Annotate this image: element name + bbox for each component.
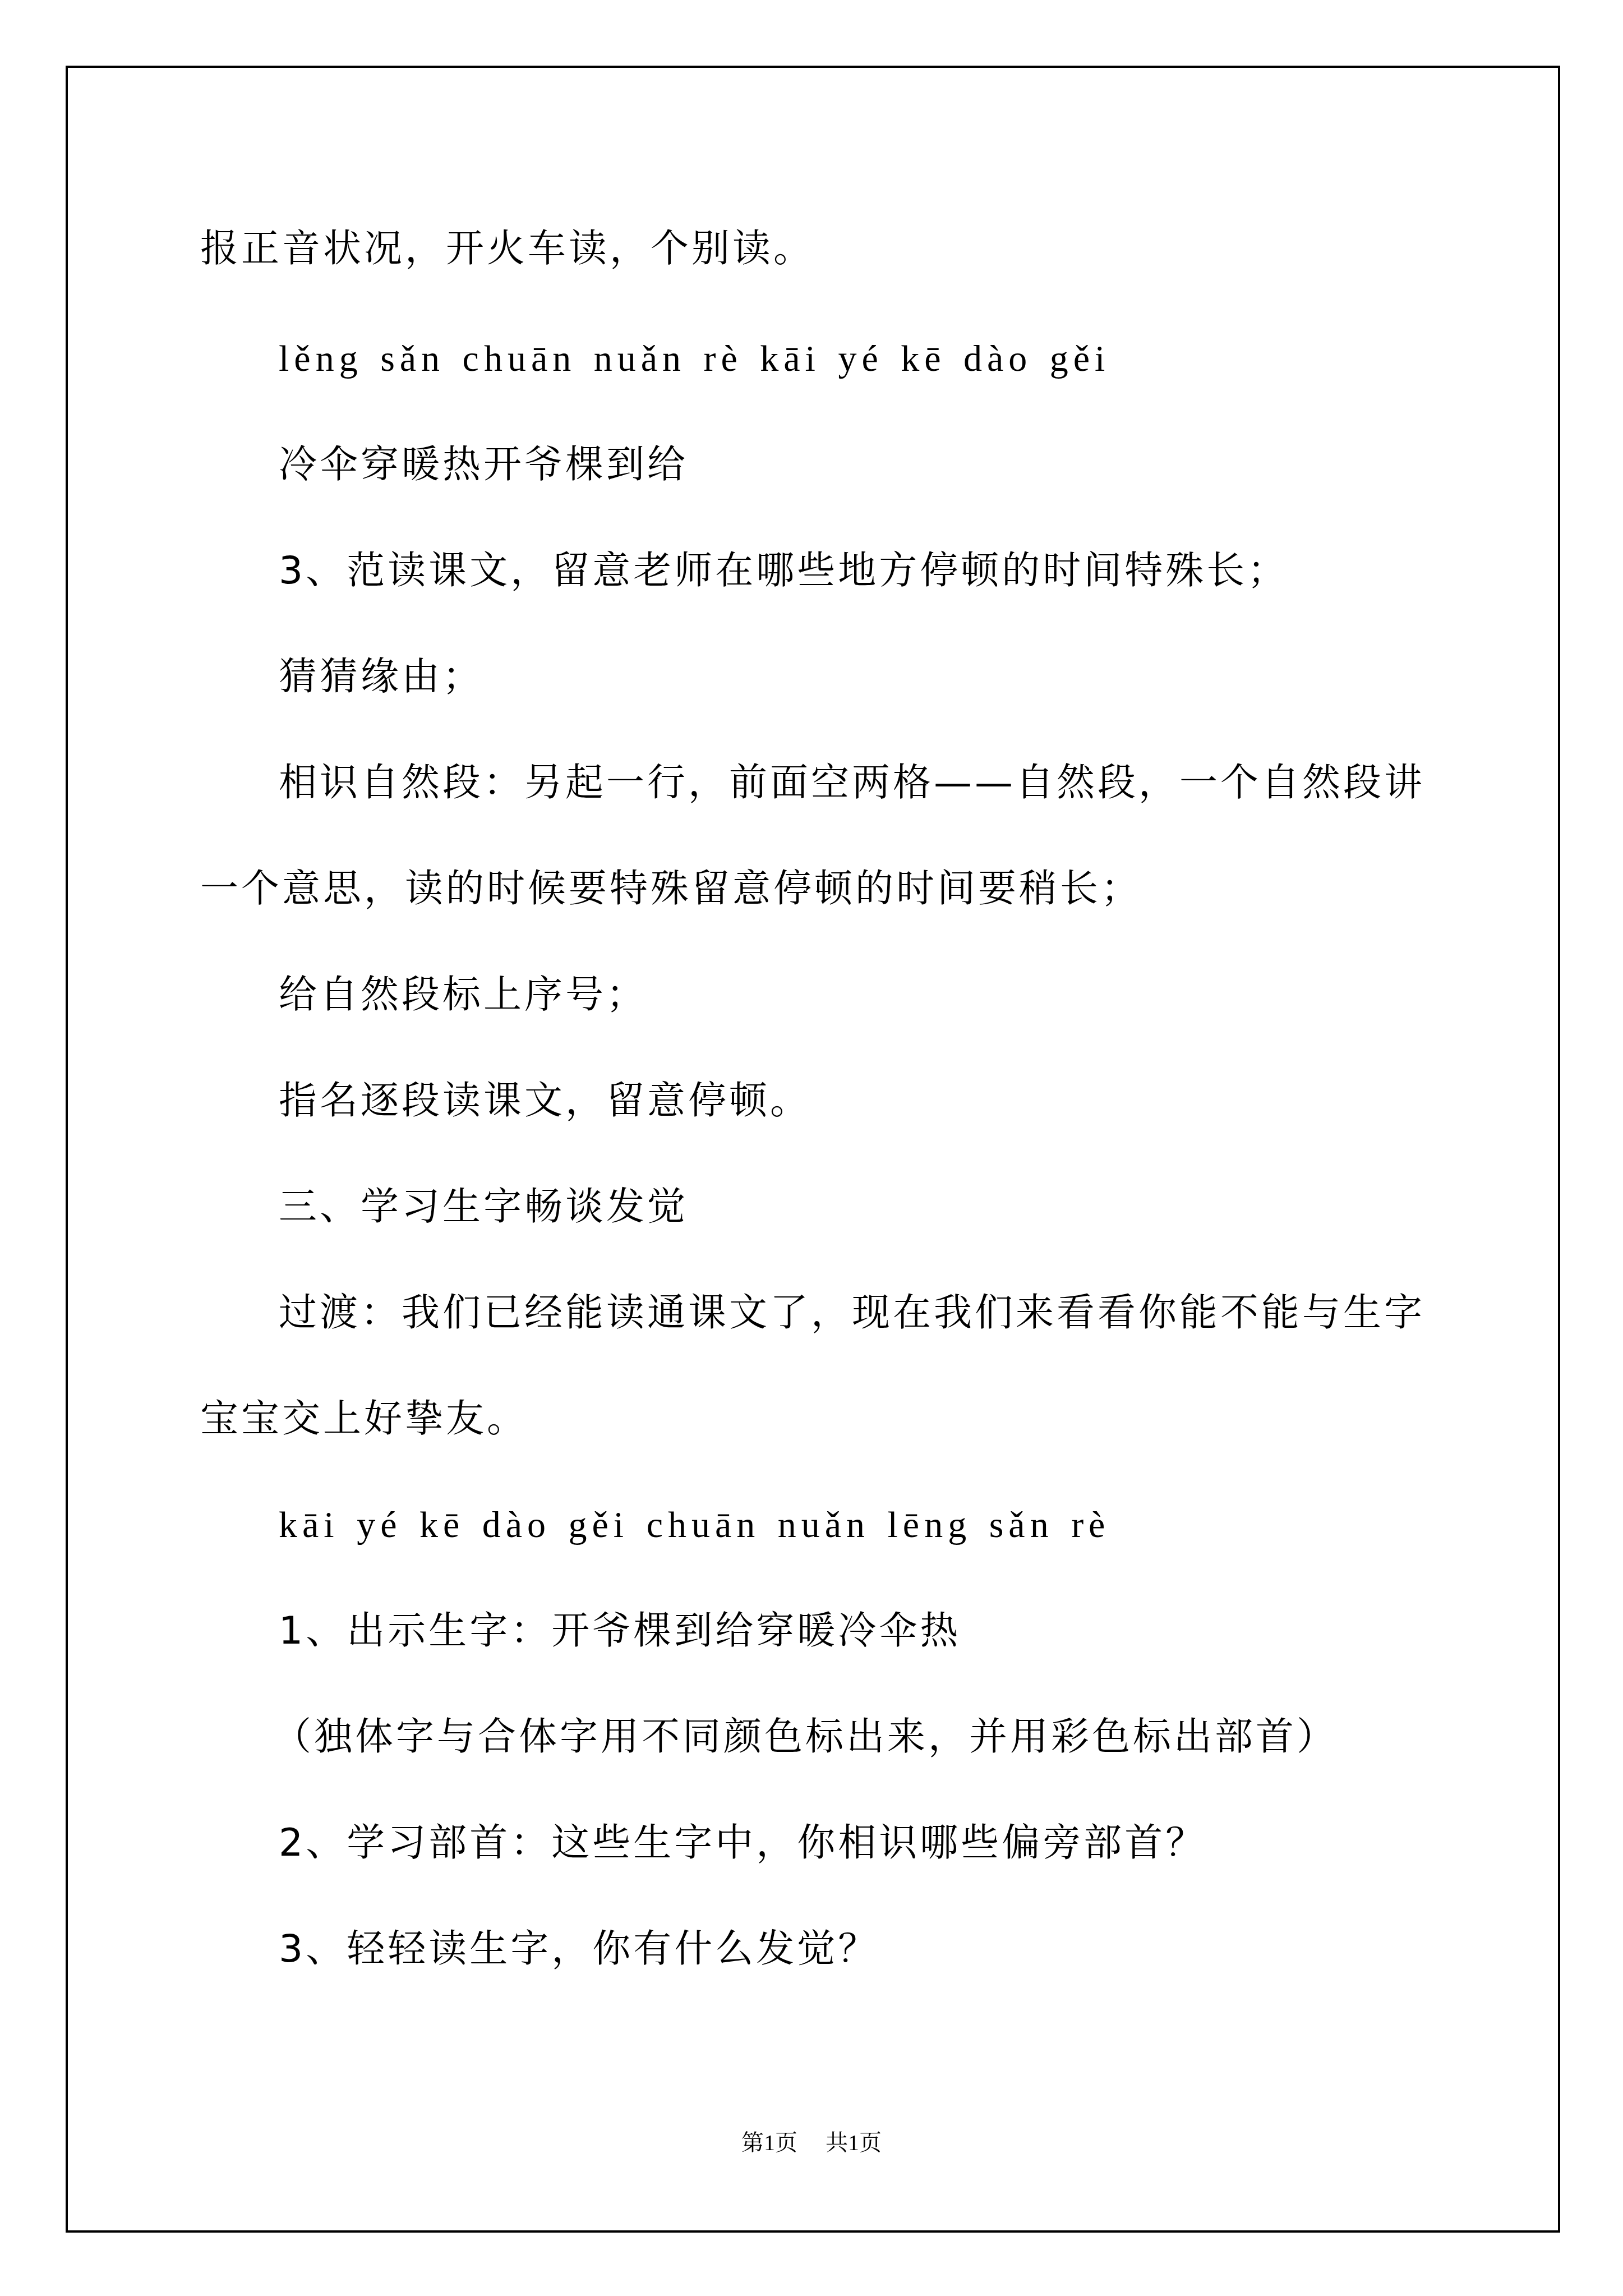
paragraph-line: 2、学习部首：这些生字中，你相识哪些偏旁部首？ <box>279 1821 1206 1866</box>
paragraph-line: 报正音状况，开火车读，个别读。 <box>200 227 814 272</box>
current-page-label: 第1页 <box>741 2129 797 2157</box>
paragraph-line: 宝宝交上好挚友。 <box>200 1397 528 1442</box>
paragraph-line: 一个意思，读的时候要特殊留意停顿的时间要稍长； <box>200 867 1142 912</box>
paragraph-line: 给自然段标上序号； <box>279 973 647 1018</box>
paragraph-line: 1、出示生字：开爷棵到给穿暖冷伞热 <box>279 1609 961 1654</box>
total-pages-label: 共1页 <box>826 2129 882 2157</box>
page-border <box>66 66 1560 2233</box>
paragraph-line: 相识自然段：另起一行，前面空两格——自然段，一个自然段讲 <box>279 761 1425 806</box>
paragraph-line: 3、轻轻读生字，你有什么发觉？ <box>279 1927 879 1972</box>
section-heading: 三、学习生字畅谈发觉 <box>279 1185 688 1230</box>
paragraph-line: （独体字与合体字用不同颜色标出来，并用彩色标出部首） <box>273 1715 1338 1760</box>
paragraph-line: 猜猜缘由； <box>279 655 483 700</box>
paragraph-line: 指名逐段读课文，留意停顿。 <box>279 1079 811 1124</box>
pinyin-line: kāi yé kē dào gěi chuān nuǎn lēng sǎn rè <box>279 1503 1110 1548</box>
pinyin-line: lěng sǎn chuān nuǎn rè kāi yé kē dào gěi <box>279 337 1110 381</box>
paragraph-line: 冷伞穿暖热开爷棵到给 <box>279 443 688 487</box>
paragraph-line: 过渡：我们已经能读通课文了，现在我们来看看你能不能与生字 <box>279 1291 1425 1336</box>
paragraph-line: 3、范读课文，留意老师在哪些地方停顿的时间特殊长； <box>279 549 1288 593</box>
page-footer: 第1页共1页 <box>0 2129 1623 2157</box>
